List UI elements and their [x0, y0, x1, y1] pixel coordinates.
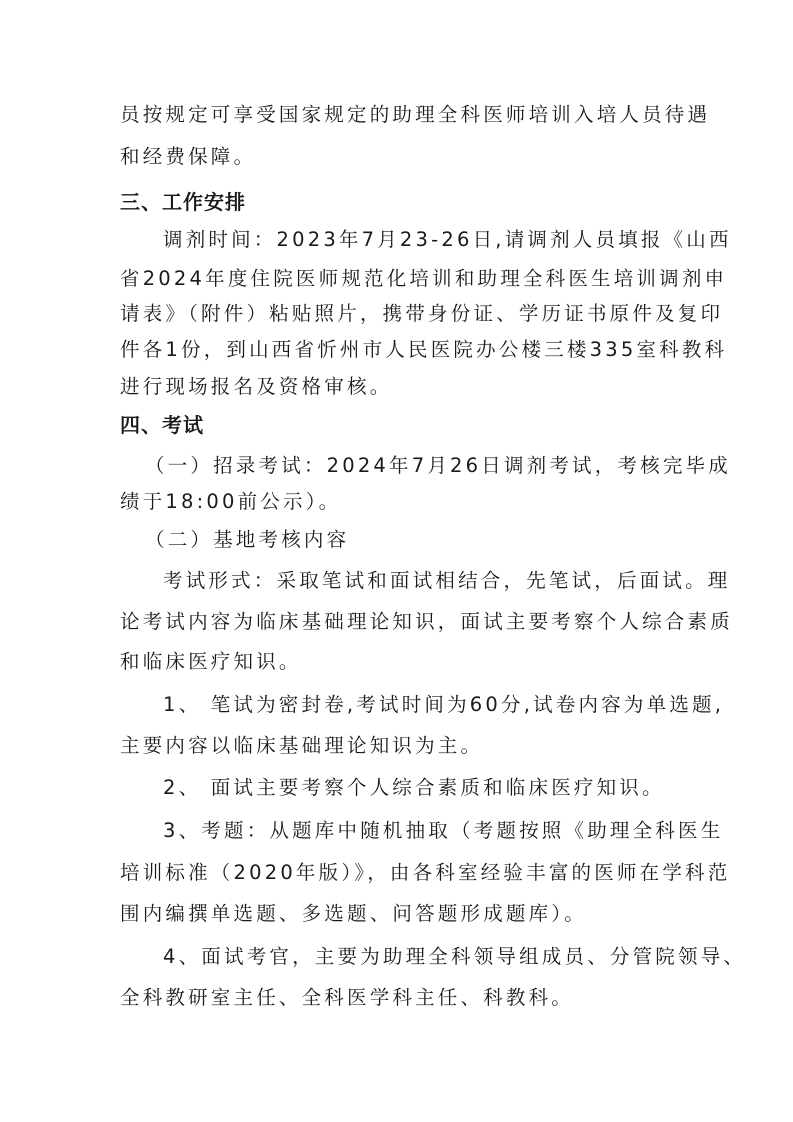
paragraph-line: （一）招录考试：2024年7月26日调剂考试，考核完毕成: [145, 453, 731, 479]
paragraph-line: 进行现场报名及资格审核。: [120, 374, 392, 400]
paragraph-line: 全科教研室主任、全科医学科主任、科教科。: [120, 985, 574, 1011]
paragraph-line: 1、 笔试为密封卷,考试时间为60分,试卷内容为单选题,: [163, 692, 724, 718]
paragraph-line: （二）基地考核内容: [145, 527, 349, 553]
paragraph-line: 省2024年度住院医师规范化培训和助理全科医生培训调剂申: [120, 266, 727, 292]
paragraph-line: 绩于18:00前公示）。: [120, 489, 341, 515]
paragraph-line: 2、 面试主要考察个人综合素质和临床医疗知识。: [163, 775, 665, 801]
paragraph-line: 论考试内容为临床基础理论知识，面试主要考察个人综合素质: [120, 609, 733, 635]
paragraph-line: 员按规定可享受国家规定的助理全科医师培训入培人员待遇: [120, 102, 710, 128]
section-heading: 三、工作安排: [120, 189, 246, 215]
paragraph-line: 考试形式：采取笔试和面试相结合，先笔试，后面试。理: [163, 568, 731, 594]
paragraph-line: 3、考题：从题库中随机抽取（考题按照《助理全科医生: [163, 818, 723, 844]
paragraph-line: 件各1份，到山西省忻州市人民医院办公楼三楼335室科教科: [120, 337, 727, 363]
section-heading: 四、考试: [120, 412, 204, 438]
paragraph-line: 请表》（附件）粘贴照片，携带身份证、学历证书原件及复印: [120, 301, 723, 327]
paragraph-line: 4、面试考官，主要为助理全科领导组成员、分管院领导、: [163, 944, 746, 970]
paragraph-line: 和临床医疗知识。: [120, 649, 302, 675]
paragraph-line: 调剂时间：2023年7月23-26日,请调剂人员填报《山西: [163, 227, 732, 253]
paragraph-line: 主要内容以临床基础理论知识为主。: [120, 733, 483, 759]
paragraph-line: 和经费保障。: [120, 144, 256, 170]
paragraph-line: 围内编撰单选题、多选题、问答题形成题库）。: [120, 901, 587, 927]
paragraph-line: 培训标准（2020年版）》，由各科室经验丰富的医师在学科范: [120, 860, 730, 886]
